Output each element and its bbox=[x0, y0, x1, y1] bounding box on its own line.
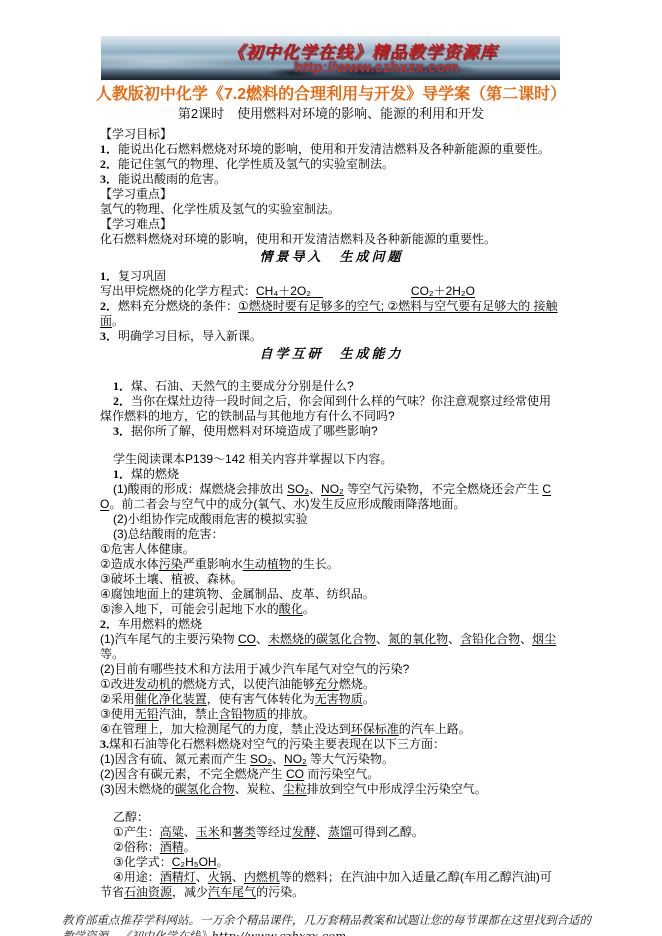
underlined-answer: 无铅 bbox=[135, 707, 159, 721]
text-run: ④腐蚀地面上的建筑物、金属制品、皮革、纺织品。 bbox=[100, 587, 375, 601]
text-run: 和 bbox=[220, 825, 232, 839]
text-run: 煤、石油、天然气的主要成分分别是什么? bbox=[131, 379, 354, 393]
underlined-answer: 烟尘 bbox=[532, 632, 556, 646]
text-run: ①产生： bbox=[113, 825, 160, 839]
text-run: 。 bbox=[184, 840, 196, 854]
doc-line: 3.煤和石油等化石燃料燃烧对空气的污染主要表现在以下三方面： bbox=[100, 737, 563, 752]
underlined-answer: CO₂＋2H₂O bbox=[411, 284, 475, 298]
doc-line: 化石燃料燃烧对环境的影响，使用和开发清洁燃料及各种新能源的重要性。 bbox=[100, 232, 563, 247]
doc-line: 1．煤、石油、天然气的主要成分分别是什么? bbox=[100, 379, 563, 394]
doc-line: ①危害人体健康。 bbox=[100, 542, 563, 557]
underlined-answer: 薯类 bbox=[232, 825, 256, 839]
text-run: 等。 bbox=[100, 647, 124, 661]
doc-line: 3．能说出酸雨的危害。 bbox=[100, 172, 563, 187]
underlined-answer: 催化净化装置 bbox=[135, 692, 207, 706]
underlined-answer: 酒精 bbox=[160, 840, 184, 854]
text-run: 等空气污染物，不完全燃烧还会产生 bbox=[344, 482, 543, 496]
doc-line: 学生阅读课本P139～142 相关内容并掌握以下内容。 bbox=[100, 452, 563, 467]
underlined-answer: NO₂ bbox=[321, 482, 344, 496]
text-run: 自学互研 生成能力 bbox=[259, 347, 403, 362]
doc-line: ③使用无铅汽油，禁止含铅物质的排放。 bbox=[100, 707, 563, 722]
text-run: 车用燃料的燃烧 bbox=[118, 617, 202, 631]
text-run: 【学习难点】 bbox=[100, 217, 172, 231]
text-run: 能说出化石燃料燃烧对环境的影响，使用和开发清洁燃料及各种新能源的重要性。 bbox=[118, 142, 550, 156]
underlined-answer: CO bbox=[238, 632, 256, 646]
text-run: (3)总结酸雨的危害： bbox=[113, 527, 224, 541]
footer-note: 教育部重点推荐学科网站。一万余个精品课件，几万套精品教案和试题让您的每节课都在这… bbox=[62, 912, 592, 936]
text-run: 的燃烧方式，以使汽油能够 bbox=[171, 677, 315, 691]
underlined-answer: 发酵 bbox=[292, 825, 316, 839]
text-run: 而污染空气。 bbox=[304, 767, 379, 781]
underlined-answer: 玉米 bbox=[196, 825, 220, 839]
text-run: 煤和石油等化石燃料燃烧对空气的污染主要表现在以下三方面： bbox=[109, 737, 445, 751]
text-run: 3． bbox=[100, 329, 118, 343]
text-run: 。 bbox=[112, 314, 124, 328]
doc-line: (3)总结酸雨的危害： bbox=[100, 527, 563, 542]
underlined-answer: 氮的氧化物 bbox=[388, 632, 448, 646]
text-run: 、 bbox=[316, 825, 328, 839]
doc-line: ①改进发动机的燃烧方式，以使汽油能够充分燃烧。 bbox=[100, 677, 563, 692]
text-run: 。前二者会与空气中的成分(氧气、水)发生反应形成酸雨降落地面。 bbox=[109, 497, 465, 511]
doc-line: (1)酸雨的形成：煤燃烧会排放出 SO₂、NO₂ 等空气污染物，不完全燃烧还会产… bbox=[100, 482, 563, 512]
text-run: 能记住氢气的物理、化学性质及氢气的实验室制法。 bbox=[118, 157, 394, 171]
text-run: 3． bbox=[113, 424, 131, 438]
doc-line: ②造成水体污染严重影响水生动植物的生长。 bbox=[100, 557, 563, 572]
text-run: 、 bbox=[184, 825, 196, 839]
doc-line: (2)因含有碳元素，不完全燃烧产生 CO 而污染空气。 bbox=[100, 767, 563, 782]
underlined-answer: 火锅 bbox=[208, 870, 232, 884]
text-run: 燃烧。 bbox=[339, 677, 375, 691]
underlined-answer: 石油资源 bbox=[124, 885, 172, 899]
doc-line: ①产生：高粱、玉米和薯类等经过发酵、蒸馏可得到乙醇。 bbox=[100, 825, 563, 840]
underlined-answer: 环保标准 bbox=[351, 722, 399, 736]
text-run: ②俗称： bbox=[113, 840, 160, 854]
text-run: 。 bbox=[363, 692, 375, 706]
text-run: 煤的燃烧 bbox=[131, 467, 179, 481]
text-run: 燃料充分燃烧的条件： bbox=[118, 299, 238, 313]
text-run: 2． bbox=[100, 157, 118, 171]
text-run: 、 bbox=[309, 482, 321, 496]
text-run: 2． bbox=[113, 394, 131, 408]
text-run: 2． bbox=[100, 617, 118, 631]
text-run: 、炭粒、 bbox=[235, 782, 283, 796]
text-run: (3)因未燃烧的 bbox=[100, 782, 175, 796]
text-run: 的污染。 bbox=[256, 885, 304, 899]
underlined-answer: 未燃烧的碳氢化合物 bbox=[268, 632, 376, 646]
underlined-answer: 发动机 bbox=[135, 677, 171, 691]
doc-line: 1．复习巩固 bbox=[100, 269, 563, 284]
text-run: 1． bbox=[113, 467, 131, 481]
doc-line: 2．当你在煤灶边待一段时间之后，你会闻到什么样的气味？你注意观察过经常使用煤作燃… bbox=[100, 394, 563, 424]
text-run: 汽油，禁止 bbox=[159, 707, 219, 721]
text-run: 乙醇： bbox=[113, 810, 149, 824]
footer-url-link[interactable]: http://www.czhxzx.com bbox=[212, 929, 346, 936]
doc-line: 氢气的物理、化学性质及氢气的实验室制法。 bbox=[100, 202, 563, 217]
underlined-answer: 内燃机 bbox=[244, 870, 280, 884]
text-run: 明确学习目标，导入新课。 bbox=[118, 329, 262, 343]
text-run: 学生阅读课本P139～142 相关内容并掌握以下内容。 bbox=[113, 452, 392, 466]
text-run: ④用途： bbox=[113, 870, 160, 884]
underlined-answer: 污染 bbox=[159, 557, 183, 571]
text-run: 3. bbox=[100, 737, 109, 751]
underlined-answer: 高粱 bbox=[160, 825, 184, 839]
text-run: ①危害人体健康。 bbox=[100, 542, 195, 556]
doc-line: 3．据你所了解，使用燃料对环境造成了哪些影响? bbox=[100, 424, 563, 439]
text-run: 可得到乙醇。 bbox=[352, 825, 424, 839]
doc-line: 3．明确学习目标，导入新课。 bbox=[100, 329, 563, 344]
text-run: 复习巩固 bbox=[118, 269, 166, 283]
text-run: 、 bbox=[272, 752, 284, 766]
text-run: ②造成水体 bbox=[100, 557, 159, 571]
text-run: 、 bbox=[196, 870, 208, 884]
doc-line: ③化学式：C₂H₅OH。 bbox=[100, 855, 563, 870]
underlined-answer: 含铅物质 bbox=[219, 707, 267, 721]
text-run: 3． bbox=[100, 172, 118, 186]
underlined-answer: 碳氢化合物 bbox=[175, 782, 235, 796]
text-run: (2)小组协作完成酸雨危害的模拟实验 bbox=[113, 512, 308, 526]
underlined-answer: 尘粒 bbox=[283, 782, 307, 796]
text-run: ①改进 bbox=[100, 677, 135, 691]
underlined-answer: SO₂ bbox=[287, 482, 309, 496]
text-run: 、 bbox=[256, 632, 268, 646]
text-run: 【学习重点】 bbox=[100, 187, 172, 201]
underlined-answer: 汽车尾气 bbox=[208, 885, 256, 899]
underlined-answer: 酸化 bbox=[279, 602, 303, 616]
text-run: (2)目前有哪些技术和方法用于减少汽车尾气对空气的污染? bbox=[100, 662, 409, 676]
text-run: ⑤渗入地下，可能会引起地下水的 bbox=[100, 602, 279, 616]
text-run: 。 bbox=[217, 855, 229, 869]
text-run: (2)因含有碳元素，不完全燃烧产生 bbox=[100, 767, 286, 781]
underlined-answer: 酒精灯 bbox=[160, 870, 196, 884]
page-title: 人教版初中化学《7.2燃料的合理利用与开发》导学案（第二课时） bbox=[8, 85, 654, 104]
blank-line bbox=[100, 366, 563, 379]
text-run: 2． bbox=[100, 299, 118, 313]
text-run: 写出甲烷燃烧的化学方程式： bbox=[100, 284, 256, 298]
doc-line: 【学习目标】 bbox=[100, 127, 563, 142]
text-run: 1． bbox=[100, 142, 118, 156]
text-run: ②采用 bbox=[100, 692, 135, 706]
text-run: 的汽车上路。 bbox=[399, 722, 471, 736]
text-run: ③破坏土壤、植被、森林。 bbox=[100, 572, 243, 586]
doc-line: 写出甲烷燃烧的化学方程式：CH₄＋2O₂ CO₂＋2H₂O bbox=[100, 284, 563, 299]
document-body: 【学习目标】1．能说出化石燃料燃烧对环境的影响，使用和开发清洁燃料及各种新能源的… bbox=[100, 127, 563, 900]
worksheet-page: 《初中化学在线》精品教学资源库 http://www.czhxzx.com 人教… bbox=[0, 0, 662, 936]
text-run: 严重影响水 bbox=[183, 557, 243, 571]
text-run: (1)汽车尾气的主要污染物 bbox=[100, 632, 238, 646]
text-run: ③化学式： bbox=[113, 855, 172, 869]
blank-line bbox=[100, 439, 563, 452]
underlined-answer: 蒸馏 bbox=[328, 825, 352, 839]
underlined-answer: NO₂ bbox=[284, 752, 307, 766]
doc-line: ④用途：酒精灯、火锅、内燃机等的燃料；在汽油中加入适量乙醇(车用乙醇汽油)可节省… bbox=[100, 870, 563, 900]
text-run: ，使有害气体转化为 bbox=[207, 692, 315, 706]
banner-site-url-link[interactable]: http://www.czhxzx.com bbox=[101, 59, 560, 76]
doc-line: 1．能说出化石燃料燃烧对环境的影响，使用和开发清洁燃料及各种新能源的重要性。 bbox=[100, 142, 563, 157]
doc-line: (1)汽车尾气的主要污染物 CO、未燃烧的碳氢化合物、氮的氧化物、含铅化合物、烟… bbox=[100, 632, 563, 662]
text-run: 排放到空气中形成浮尘污染空气。 bbox=[307, 782, 487, 796]
doc-line: 【学习重点】 bbox=[100, 187, 563, 202]
text-run: 当你在煤灶边待一段时间之后，你会闻到什么样的气味？你注意观察过经常使用煤作燃料的… bbox=[100, 394, 551, 423]
text-run: 据你所了解，使用燃料对环境造成了哪些影响? bbox=[131, 424, 378, 438]
doc-line: ④在管理上，加大检测尾气的力度，禁止没达到环保标准的汽车上路。 bbox=[100, 722, 563, 737]
text-run: 的生长。 bbox=[291, 557, 339, 571]
text-run: 等大气污染物。 bbox=[307, 752, 394, 766]
doc-line: (2)小组协作完成酸雨危害的模拟实验 bbox=[100, 512, 563, 527]
doc-line: 2．燃料充分燃烧的条件：①燃烧时要有足够多的空气; ②燃料与空气要有足够大的 接… bbox=[100, 299, 563, 329]
underlined-answer: CH₄＋2O₂ bbox=[256, 284, 323, 298]
text-run: 等经过 bbox=[256, 825, 292, 839]
text-run: 、 bbox=[448, 632, 460, 646]
doc-line: ④腐蚀地面上的建筑物、金属制品、皮革、纺织品。 bbox=[100, 587, 563, 602]
text-run: (1)酸雨的形成：煤燃烧会排放出 bbox=[113, 482, 287, 496]
doc-line: ③破坏土壤、植被、森林。 bbox=[100, 572, 563, 587]
doc-line: ⑤渗入地下，可能会引起地下水的酸化。 bbox=[100, 602, 563, 617]
underlined-answer: 生动植物 bbox=[243, 557, 291, 571]
doc-line: 2．车用燃料的燃烧 bbox=[100, 617, 563, 632]
text-run: 1． bbox=[100, 269, 118, 283]
doc-line: ②采用催化净化装置，使有害气体转化为无害物质。 bbox=[100, 692, 563, 707]
text-run: ③使用 bbox=[100, 707, 135, 721]
site-banner-image: 《初中化学在线》精品教学资源库 http://www.czhxzx.com bbox=[101, 36, 560, 80]
text-run: 【学习目标】 bbox=[100, 127, 172, 141]
doc-line: 2．能记住氢气的物理、化学性质及氢气的实验室制法。 bbox=[100, 157, 563, 172]
text-run: (1)因含有硫、氮元素而产生 bbox=[100, 752, 250, 766]
doc-line: 【学习难点】 bbox=[100, 217, 563, 232]
underlined-answer: 充分 bbox=[315, 677, 339, 691]
text-run: ，减少 bbox=[172, 885, 208, 899]
underlined-answer: SO₂ bbox=[250, 752, 272, 766]
text-run: ④在管理上，加大检测尾气的力度，禁止没达到 bbox=[100, 722, 351, 736]
text-run: 、 bbox=[376, 632, 388, 646]
blank-line bbox=[100, 797, 563, 810]
doc-line: (1)因含有硫、氮元素而产生 SO₂、NO₂ 等大气污染物。 bbox=[100, 752, 563, 767]
doc-line: 1．煤的燃烧 bbox=[100, 467, 563, 482]
text-run: 化石燃料燃烧对环境的影响，使用和开发清洁燃料及各种新能源的重要性。 bbox=[100, 232, 496, 246]
doc-line: 乙醇： bbox=[100, 810, 563, 825]
text-run: 的排放。 bbox=[267, 707, 315, 721]
doc-line: (2)目前有哪些技术和方法用于减少汽车尾气对空气的污染? bbox=[100, 662, 563, 677]
doc-line: ②俗称：酒精。 bbox=[100, 840, 563, 855]
text-run: 、 bbox=[232, 870, 244, 884]
text-run: 能说出酸雨的危害。 bbox=[118, 172, 226, 186]
underlined-answer: C₂H₅OH bbox=[172, 855, 217, 869]
section-script-heading: 自学互研 生成能力 bbox=[100, 347, 563, 362]
text-run: 1． bbox=[113, 379, 131, 393]
text-run: 。 bbox=[303, 602, 315, 616]
page-subtitle: 第2课时 使用燃料对环境的影响、能源的利用和开发 bbox=[0, 106, 662, 122]
text-run: 情景导入 生成问题 bbox=[259, 250, 403, 265]
doc-line: (3)因未燃烧的碳氢化合物、炭粒、尘粒排放到空气中形成浮尘污染空气。 bbox=[100, 782, 563, 797]
underlined-answer: 含铅化合物 bbox=[460, 632, 520, 646]
underlined-answer: 无害物质 bbox=[315, 692, 363, 706]
section-script-heading: 情景导入 生成问题 bbox=[100, 250, 563, 265]
text-run: 、 bbox=[520, 632, 532, 646]
underlined-answer: CO bbox=[286, 767, 304, 781]
text-run: 氢气的物理、化学性质及氢气的实验室制法。 bbox=[100, 202, 340, 216]
